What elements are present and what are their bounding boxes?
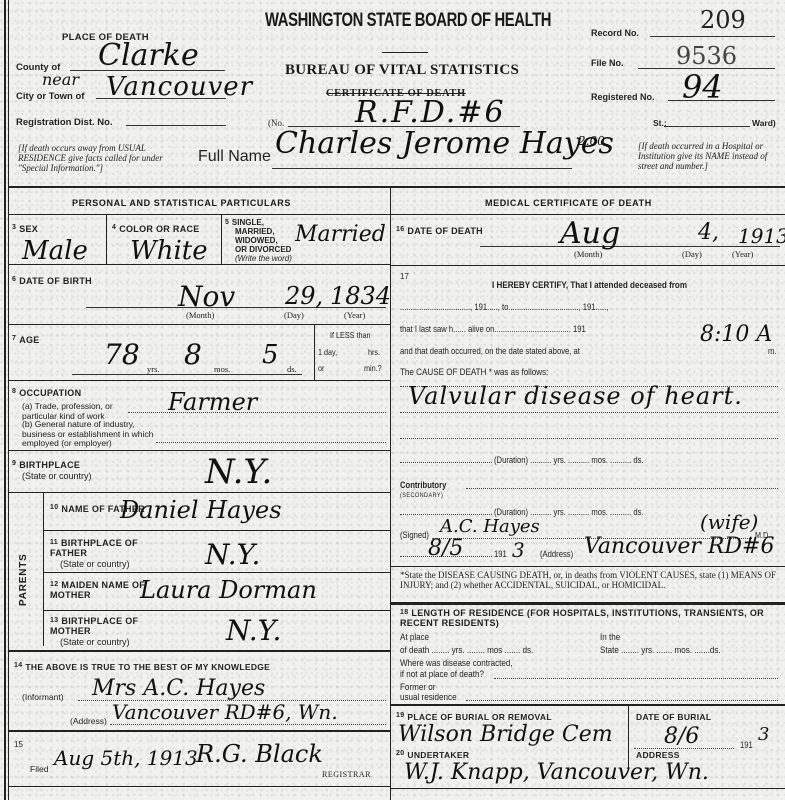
no-value: R.F.D.#6	[355, 95, 506, 130]
time-suffix: m.	[768, 346, 777, 356]
dod-year-caption: (Year)	[732, 249, 753, 259]
hrs-label: hrs.	[368, 347, 380, 357]
mother-name-value: Laura Dorman	[140, 576, 317, 604]
signed-value: A.C. Hayes	[440, 516, 540, 537]
death-certificate: PLACE OF DEATH County of Clarke near Cit…	[0, 0, 785, 800]
city-prefix: near	[42, 70, 79, 89]
file-value: 9536	[676, 42, 737, 70]
registered-label: Registered No.	[591, 92, 655, 102]
age-years-label: yrs.	[147, 364, 160, 374]
last-saw-text: that I last saw h...... alive on........…	[400, 324, 586, 334]
dod-month-caption: (Month)	[574, 249, 602, 259]
burial-value: Wilson Bridge Cem	[398, 722, 613, 747]
undertaker-value: W.J. Knapp, Vancouver, Wn.	[404, 760, 709, 785]
left-border-inner	[8, 0, 9, 800]
race-value: White	[130, 236, 208, 266]
secondary-label: (SECONDARY)	[400, 492, 443, 499]
personal-section-title: PERSONAL AND STATISTICAL PARTICULARS	[72, 198, 291, 208]
dob-label: 6DATE OF BIRTH	[12, 276, 92, 286]
mother-birthplace-value: N.Y.	[226, 614, 281, 647]
board-title: WASHINGTON STATE BOARD OF HEALTH	[265, 10, 551, 32]
age-years: 78	[104, 338, 140, 371]
signed-address-label: (Address)	[540, 549, 573, 559]
signed-year-prefix: 191	[494, 549, 507, 559]
dob-year: 1834	[330, 282, 391, 310]
burial-date-label: DATE OF BURIAL	[636, 712, 711, 722]
dob-month: Nov	[178, 280, 235, 313]
dob-day: 29,	[285, 282, 323, 310]
parents-label: PARENTS	[18, 553, 29, 606]
age-label: 7AGE	[12, 335, 40, 345]
father-value: Daniel Hayes	[120, 496, 282, 524]
column-divider	[390, 186, 391, 800]
contributory-label: Contributory	[400, 480, 446, 490]
signed-date: 8/5	[428, 536, 463, 561]
state-line: State ........ yrs. ....... mos. .......…	[600, 645, 721, 656]
address-column-label: ADDRESS	[636, 750, 680, 760]
burial-year-prefix: 191	[740, 740, 753, 750]
informant-address-label: (Address)	[70, 716, 107, 726]
burial-label: 19PLACE OF BURIAL OR REMOVAL	[396, 712, 552, 722]
file-label: File No.	[591, 58, 624, 68]
undertaker-label: 20UNDERTAKER	[396, 750, 469, 760]
cause-footnote: *State the DISEASE CAUSING DEATH, or, in…	[400, 570, 780, 590]
dob-day-caption: (Day)	[284, 310, 304, 320]
duration-line-primary: (Duration) .......... yrs. .......... mo…	[494, 455, 644, 465]
occupation-value: Farmer	[168, 388, 257, 416]
ward-label: Ward)	[752, 118, 776, 128]
birthplace-value: N.Y.	[205, 452, 272, 492]
race-label: 4COLOR OR RACE	[112, 224, 200, 234]
father-birthplace-label: 11BIRTHPLACE OF FATHER	[50, 538, 150, 558]
dod-day: 4,	[698, 220, 719, 245]
cert-num: 17	[400, 272, 409, 281]
signed-year-suffix: 3	[512, 538, 525, 562]
age-days: 5	[262, 340, 279, 370]
medical-section-title: MEDICAL CERTIFICATE OF DEATH	[485, 198, 652, 208]
marital-value: Married	[295, 222, 386, 247]
dob-month-caption: (Month)	[186, 310, 214, 320]
full-name-label: Full Name	[198, 148, 271, 166]
dod-year: 1913	[738, 224, 785, 248]
signed-role: (wife)	[700, 510, 758, 534]
contracted-label-1: Where was disease contracted,	[400, 658, 513, 669]
left-border	[4, 0, 6, 800]
mother-name-label: 12MAIDEN NAME OF MOTHER	[50, 580, 150, 600]
in-the-label: In the	[600, 632, 620, 643]
filed-value: Aug 5th, 1913	[54, 746, 198, 770]
dod-month: Aug	[560, 216, 620, 251]
marital-label: 5SINGLE, MARRIED, WIDOWED, OR DIVORCED (…	[225, 218, 292, 263]
from-to-line: ................................., 191..…	[400, 302, 608, 312]
occupation-label: 8OCCUPATION	[12, 388, 81, 398]
registered-value: 94	[682, 68, 723, 106]
registrar-signature: R.G. Black	[196, 740, 323, 768]
registration-dist-label: Registration Dist. No.	[16, 117, 113, 128]
filed-num: 15	[14, 740, 23, 749]
signed-label: (Signed)	[400, 530, 429, 540]
city-label: City or Town of	[16, 91, 84, 102]
informant-address-value: Vancouver RD#6, Wn.	[112, 700, 338, 724]
cause-value: Valvular disease of heart.	[408, 382, 743, 410]
burial-year-suffix: 3	[758, 724, 769, 745]
filed-label: Filed	[30, 764, 48, 774]
age-months: 8	[184, 338, 202, 371]
city-value: Vancouver	[106, 72, 253, 102]
sex-value: Male	[22, 236, 88, 266]
father-birthplace-sublabel: (State or country)	[60, 560, 130, 569]
record-value: 209	[700, 6, 746, 34]
burial-date-value: 8/6	[664, 724, 699, 749]
age-months-label: mos.	[214, 364, 230, 374]
former-residence-label-2: usual residence	[400, 692, 457, 703]
full-name-value: Charles Jerome Hayes	[275, 126, 614, 161]
one-day-label: 1 day,	[318, 347, 337, 357]
signed-address-value: Vancouver RD#6	[584, 534, 774, 559]
min-label: min.?	[364, 363, 382, 373]
usual-residence-note: [If death occurs away from USUAL RESIDEN…	[18, 143, 168, 173]
dod-label: 16DATE OF DEATH	[396, 226, 483, 236]
informant-value: Mrs A.C. Hayes	[92, 676, 265, 701]
hospital-note: [If death occurred in a Hospital or Inst…	[638, 141, 778, 171]
or-label: or	[318, 363, 324, 373]
registrar-label: REGISTRAR	[322, 770, 371, 779]
birthplace-label: 9BIRTHPLACE	[12, 460, 80, 470]
age-days-label: ds.	[287, 364, 297, 374]
time-of-death-value: 8:10 A	[700, 322, 772, 347]
certify-text: I HEREBY CERTIFY, That I attended deceas…	[492, 280, 687, 291]
occupation-b-label: (b) General nature of industry, business…	[22, 420, 157, 449]
less-than-label: If LESS than	[330, 330, 371, 340]
father-birthplace-value: N.Y.	[205, 538, 260, 571]
residence-title: 18LENGTH OF RESIDENCE (FOR HOSPITALS, IN…	[400, 608, 778, 628]
sex-label: 3SEX	[12, 224, 38, 234]
contracted-label-2: if not at place of death?	[400, 669, 484, 680]
county-value: Clarke	[98, 38, 199, 73]
birthplace-sublabel: (State or country)	[22, 472, 92, 481]
at-place-label: At place	[400, 632, 429, 643]
informant-statement: 14THE ABOVE IS TRUE TO THE BEST OF MY KN…	[14, 662, 270, 672]
death-occurred-text: and that death occurred, on the date sta…	[400, 346, 580, 356]
informant-label: (Informant)	[22, 692, 64, 702]
dod-day-caption: (Day)	[682, 249, 702, 259]
fee-annotation: 2.00	[578, 134, 605, 148]
of-death-line: of death ........ yrs. ........ mos ....…	[400, 645, 533, 656]
mother-birthplace-sublabel: (State or country)	[60, 638, 130, 647]
mother-birthplace-label: 13BIRTHPLACE OF MOTHER	[50, 616, 150, 636]
record-label: Record No.	[591, 28, 639, 38]
cause-label: The CAUSE OF DEATH * was as follows:	[400, 367, 548, 378]
bureau-title: BUREAU OF VITAL STATISTICS	[285, 62, 519, 79]
dob-year-caption: (Year)	[344, 310, 365, 320]
